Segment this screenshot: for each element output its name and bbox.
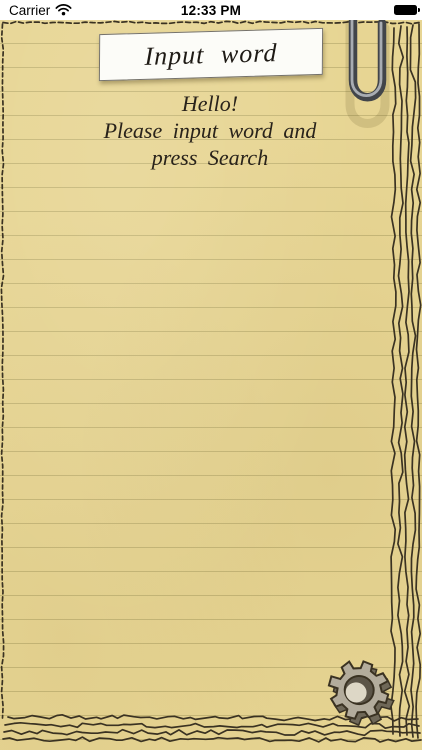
battery-icon xyxy=(394,5,417,16)
status-bar-right xyxy=(394,5,422,16)
carrier-label: Carrier xyxy=(9,3,50,18)
notebook-paper: Input word Hello! Please input word and … xyxy=(0,20,422,750)
settings-button[interactable] xyxy=(322,653,398,729)
greeting-line: Hello! xyxy=(40,90,380,117)
greeting-text: Hello! Please input word and press Searc… xyxy=(40,90,380,171)
greeting-line: Please input word and xyxy=(40,117,380,144)
app-screen: Carrier 12:33 PM xyxy=(0,0,422,750)
title-banner[interactable]: Input word xyxy=(99,28,323,81)
status-bar-left: Carrier xyxy=(0,3,72,18)
status-bar: Carrier 12:33 PM xyxy=(0,0,422,20)
wifi-icon xyxy=(55,4,72,16)
greeting-line: press Search xyxy=(40,144,380,171)
page-title: Input word xyxy=(144,38,277,72)
gear-icon xyxy=(322,653,398,729)
